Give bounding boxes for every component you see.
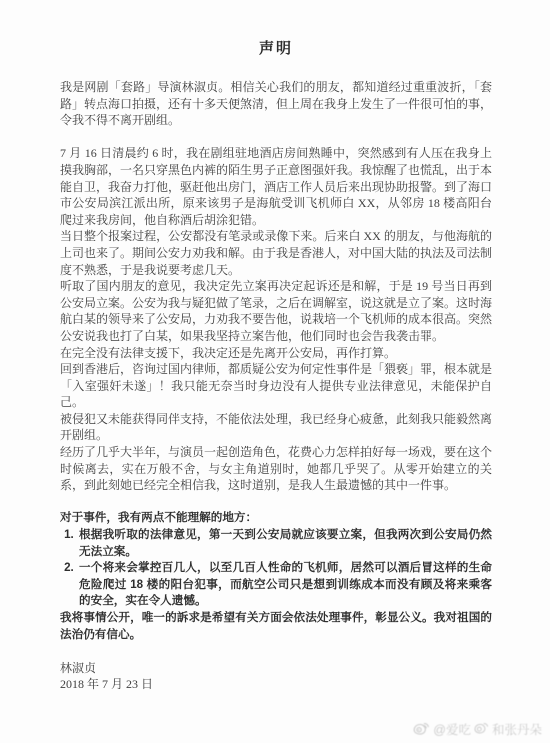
closing-paragraph: 我将事情公开，唯一的訴求是希望有关方面会依法处理事件，彰显公义。我对祖国的法治仍… <box>60 610 492 643</box>
statement-document: 声明 我是网剧「套路」导演林淑贞。相信关心我们的朋友，都知道经过重重波折，「套路… <box>60 40 492 693</box>
issues-list: 根据我听取的法律意见，第一天到公安局就应该要立案，但我两次到公安局仍然无法立案。… <box>60 527 492 610</box>
paragraph-no-legal-support: 在完全没有法律支援下，我决定还是先离开公安局，再作打算。 <box>60 345 492 362</box>
signature-date: 2018 年 7 月 23 日 <box>60 676 492 693</box>
issues-heading: 对于事件，我有两点不能理解的地方： <box>60 510 492 527</box>
issue-item-1: 根据我听取的法律意见，第一天到公安局就应该要立案，但我两次到公安局仍然无法立案。 <box>77 527 492 560</box>
paragraph-incident: 7 月 16 日清晨约 6 时，我在剧组驻地酒店房间熟睡中，突然感到有人压在我身… <box>60 145 492 228</box>
paragraph-intro: 我是网剧「套路」导演林淑贞。相信关心我们的朋友，都知道经过重重波折，「套路」转点… <box>60 79 492 129</box>
paragraph-leaving-crew: 被侵犯又未能获得同伴支持，不能依法处理，我已经身心疲惫，此刻我只能毅然离开剧组。 <box>60 411 492 444</box>
signature-block: 林淑贞 2018 年 7 月 23 日 <box>60 660 492 693</box>
issue-item-2: 一个将来会掌控百几人，以至几百人性命的飞机师，居然可以酒后冒这样的生命危险爬过 … <box>77 560 492 610</box>
paragraph-filing-case: 听取了国内朋友的意见，我决定先立案再决定起诉还是和解，于是 19 号当日再到公安… <box>60 278 492 344</box>
paragraph-police-report: 当日整个报案过程，公安都没有笔录或录像下来。后来白 XX 的朋友，与他海航的上司… <box>60 228 492 278</box>
paragraph-regret: 经历了几乎大半年，与演员一起创造角色，花费心力怎样拍好每一场戏，要在这个时候离去… <box>60 444 492 494</box>
statement-photo: 声明 我是网剧「套路」导演林淑贞。相信关心我们的朋友，都知道经过重重波折，「套路… <box>0 0 550 743</box>
weibo-watermark: @爱吃 和张丹朵 <box>413 720 542 738</box>
signature-name: 林淑贞 <box>60 660 492 677</box>
watermark-handle-right: 和张丹朵 <box>492 720 542 738</box>
document-title: 声明 <box>60 40 492 58</box>
watermark-handle-left: @爱吃 <box>433 720 471 738</box>
weibo-logo-icon <box>474 721 489 737</box>
paragraph-lawyer-opinion: 回到香港后，咨询过国内律师，都质疑公安为何定性事件是「猥亵」罪，根本就是「入室强… <box>60 361 492 411</box>
weibo-logo-icon <box>413 721 430 738</box>
